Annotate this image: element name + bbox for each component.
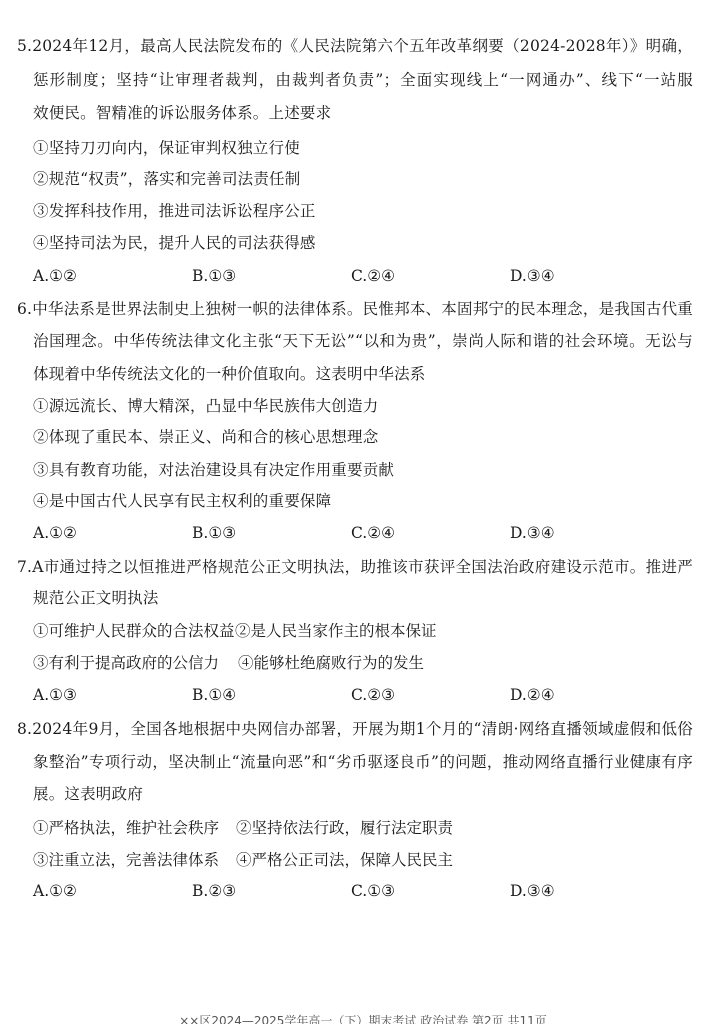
statement-item: ④严格公正司法，保障人民民主 <box>236 850 453 870</box>
choice-b[interactable]: B.①③ <box>192 266 236 286</box>
exam-page: 5.2024年12月，最高人民法院发布的《人民法院第六个五年改革纲要（2024-… <box>0 0 726 1024</box>
statement-item: ①源远流长、博大精深，凸显中华民族伟大创造力 <box>33 396 693 416</box>
choice-d[interactable]: D.③④ <box>510 523 555 543</box>
question-stem-line: 象整治”专项行动，坚决制止“流量向恶”和“劣币驱逐良币”的问题，推动网络直播行业… <box>33 752 693 772</box>
choice-c[interactable]: C.②③ <box>351 685 395 705</box>
question-stem-line: 7.A市通过持之以恒推进严格规范公正文明执法，助推该市获评全国法治政府建设示范市… <box>17 557 693 577</box>
statement-item: ②是人民当家作主的根本保证 <box>235 621 437 641</box>
statement-item: ③具有教育功能，对法治建设具有决定作用重要贡献 <box>33 460 693 480</box>
choice-a[interactable]: A.①② <box>33 881 77 901</box>
question-stem-line: 6.中华法系是世界法制史上独树一帜的法律体系。民惟邦本、本固邦宁的民本理念，是我… <box>17 299 693 319</box>
choice-a[interactable]: A.①② <box>33 523 77 543</box>
choice-b[interactable]: B.①④ <box>192 685 236 705</box>
statement-item: ②规范“权责”，落实和完善司法责任制 <box>33 169 693 189</box>
choice-a[interactable]: A.①③ <box>33 685 77 705</box>
choice-d[interactable]: D.③④ <box>510 266 555 286</box>
choice-c[interactable]: C.①③ <box>351 881 395 901</box>
statement-item: ②体现了重民本、崇正义、尚和合的核心思想理念 <box>33 427 693 447</box>
question-stem-line: 效便民。智精准的诉讼服务体系。上述要求 <box>33 103 693 123</box>
question-stem-line: 8.2024年9月，全国各地根据中央网信办部署，开展为期1个月的“清朗·网络直播… <box>17 719 693 739</box>
choice-d[interactable]: D.③④ <box>510 881 555 901</box>
choice-c[interactable]: C.②④ <box>351 523 395 543</box>
question-stem-line: 5.2024年12月，最高人民法院发布的《人民法院第六个五年改革纲要（2024-… <box>17 36 693 56</box>
page-footer: ××区2024—2025学年高一（下）期末考试 政治试卷 第2页 共11页 <box>0 1014 726 1024</box>
choice-b[interactable]: B.①③ <box>192 523 236 543</box>
choice-d[interactable]: D.②④ <box>510 685 555 705</box>
statement-item: ①坚持刀刃向内，保证审判权独立行使 <box>33 138 693 158</box>
question-stem-line: 治国理念。中华传统法律文化主张“天下无讼”“以和为贵”，崇尚人际和谐的社会环境。… <box>33 331 693 351</box>
statement-item: ③注重立法，完善法律体系 <box>33 850 219 870</box>
statement-item: ③发挥科技作用，推进司法诉讼程序公正 <box>33 201 693 221</box>
choice-b[interactable]: B.②③ <box>192 881 236 901</box>
question-stem-line: 展。这表明政府 <box>33 784 693 804</box>
question-stem-line: 体现着中华传统法文化的一种价值取向。这表明中华法系 <box>33 364 693 384</box>
statement-item: ③有利于提高政府的公信力 <box>33 653 219 673</box>
choice-a[interactable]: A.①② <box>33 266 77 286</box>
question-stem-line: 规范公正文明执法 <box>33 588 693 608</box>
statement-item: ④坚持司法为民，提升人民的司法获得感 <box>33 233 693 253</box>
statement-item: ④能够杜绝腐败行为的发生 <box>238 653 424 673</box>
statement-item: ②坚持依法行政，履行法定职责 <box>236 818 453 838</box>
question-stem-line: 惩形制度；坚持“让审理者裁判，由裁判者负责”；全面实现线上“一网通办”、线下“一… <box>33 70 693 90</box>
choice-c[interactable]: C.②④ <box>351 266 395 286</box>
statement-item: ④是中国古代人民享有民主权利的重要保障 <box>33 491 693 511</box>
statement-item: ①严格执法，维护社会秩序 <box>33 818 219 838</box>
statement-item: ①可维护人民群众的合法权益 <box>33 621 235 641</box>
